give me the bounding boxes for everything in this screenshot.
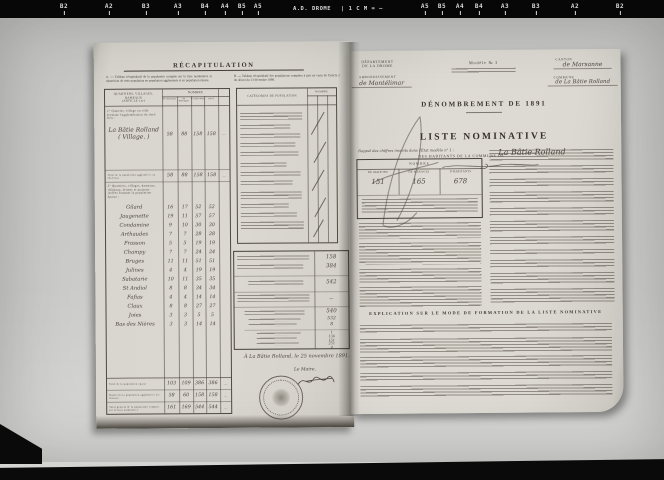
cell: 19 [205, 268, 219, 273]
ruler-mark: A3 [174, 3, 182, 15]
paragraph [490, 259, 614, 269]
ruler-mark: B3 [532, 3, 540, 15]
summary-label [248, 280, 303, 284]
cell: 109 [179, 381, 193, 386]
table-a-subcol: total [204, 98, 218, 101]
cell: 5 [163, 241, 178, 246]
place-date-line: À La Bâtie Rolland, le 25 novembre 1891. [242, 353, 352, 360]
cell: 27 [205, 304, 219, 309]
canton-value: de Marsanne [554, 61, 612, 70]
ruler-mark: B2 [616, 3, 624, 15]
cell: 28 [205, 232, 219, 237]
cell: 5 [193, 313, 206, 318]
frame-wedge [0, 424, 42, 464]
summary-label [249, 318, 301, 321]
summary-label [245, 310, 305, 314]
paragraph [491, 288, 615, 303]
summary-label [257, 342, 299, 345]
rappel-note: Rappel des chiffres inscrits dans l'État… [358, 148, 454, 153]
paragraph [490, 220, 614, 233]
paragraph [489, 149, 613, 162]
cell: 10 [163, 277, 178, 282]
hamlet-name: Jaugenette [106, 214, 163, 220]
counts-nombre-header: NOMBRE [357, 161, 481, 166]
recap-title: RÉCAPITULATION [124, 61, 304, 71]
cell: 88 [178, 173, 192, 178]
table-b-nombre-header: NOMBRE [307, 90, 336, 93]
category-row [240, 151, 298, 155]
table-a-subcol: d'individus [191, 98, 204, 101]
cell: 386 [193, 381, 206, 386]
summary-detail: 4 [317, 345, 347, 349]
paragraph [360, 384, 612, 398]
cell: 103 [164, 381, 179, 386]
cell: 35 [205, 277, 219, 282]
cell: 544 [206, 405, 220, 410]
cell: 14 [206, 322, 220, 327]
paragraph [490, 207, 614, 217]
denombrement-title: DÉNOMBREMENT DE 1891 [394, 99, 574, 109]
cell: 34 [192, 286, 205, 291]
paragraph [490, 191, 614, 204]
intro-paragraph-b: B. — Tableau récapitulatif des populatio… [234, 73, 340, 82]
cell: 17 [178, 205, 192, 210]
table-a: QUARTIERS, VILLAGES, HAMEAUX (ARTICLE 1e… [104, 88, 232, 415]
cell: 27 [192, 304, 205, 309]
summary-value: 542 [316, 279, 346, 285]
agg-total-label: Total de la population agglomérée au che… [106, 173, 163, 179]
summary-label [257, 332, 301, 335]
arrondissement-label: ARRONDISSEMENT [352, 75, 404, 79]
cell: — [220, 381, 231, 385]
table-a-subcol: de ménages [177, 98, 191, 104]
cell: 169 [179, 405, 193, 410]
summary-value: 532 [317, 316, 347, 321]
cell: 11 [178, 277, 192, 282]
cell: 8 [178, 304, 192, 309]
cell: 7 [178, 250, 192, 255]
cell: 34 [205, 286, 219, 291]
hamlet-name: Arthaudes [106, 232, 163, 238]
cell: 58 [163, 173, 178, 178]
cell: — [219, 173, 230, 177]
hamlet-name: St Andiol [106, 286, 163, 292]
cell: 30 [205, 223, 219, 228]
summary-value: 158 [316, 254, 346, 260]
cell: 11 [178, 259, 192, 264]
category-row [240, 142, 295, 146]
scale-label: | 1 C M = — [341, 6, 383, 12]
cell: — [220, 393, 231, 397]
hamlet-name: Bas des Nières [107, 322, 164, 328]
cell: 7 [163, 232, 178, 237]
cell: 4 [163, 268, 178, 273]
cell: 30 [192, 223, 205, 228]
ruler-mark: B2 [60, 3, 68, 15]
cell: 158 [204, 132, 218, 137]
cell: — [220, 405, 231, 409]
cell: 11 [178, 214, 192, 219]
table-a-subcol: de maisons [162, 98, 177, 101]
category-row [240, 133, 300, 137]
paragraph [489, 165, 613, 175]
modele-label: Modèle № 3 [444, 60, 524, 66]
cell: 19 [205, 241, 219, 246]
ruler-mark: A2 [105, 3, 113, 15]
hamlet-row: Bas des Nières331414 [107, 320, 231, 330]
cell: 544 [193, 405, 206, 410]
cell: 58 [164, 393, 179, 398]
village-name2: ( Village. ) [105, 134, 162, 141]
paragraph [360, 337, 612, 353]
cell: 8 [178, 286, 192, 291]
hamlet-name: Frasson [106, 241, 163, 247]
arrondissement-value: de Montélimar [352, 80, 412, 89]
cell: — [218, 132, 229, 136]
cell: 3 [179, 322, 193, 327]
category-row [241, 221, 304, 230]
table-a-nombre-header: NOMBRE [162, 90, 229, 94]
cell: 52 [205, 205, 219, 210]
cell: 3 [179, 313, 193, 318]
cell: 51 [192, 259, 205, 264]
paragraph [359, 268, 481, 283]
cell: 9 [163, 223, 178, 228]
cell: 57 [192, 214, 205, 219]
cell: 88 [177, 132, 191, 137]
commune-value: de La Bâtie Rolland [548, 79, 618, 87]
category-row [241, 181, 293, 185]
summary-value: 384 [316, 263, 346, 269]
cell: 19 [192, 241, 205, 246]
category-row [241, 171, 301, 175]
ruler-mark: B4 [201, 3, 209, 15]
mairie-stamp [259, 375, 303, 419]
total-label: Total de la population éparse [107, 382, 164, 385]
cell: 51 [205, 259, 219, 264]
ruler-mark: B3 [142, 3, 150, 15]
total-row: Report de la population agglomérée (ci-d… [107, 390, 231, 402]
cell: 58 [162, 132, 177, 137]
cell: 158 [192, 173, 205, 178]
ruler-mark: B4 [475, 3, 483, 15]
paragraph [490, 178, 614, 188]
cell: 7 [178, 232, 192, 237]
table-a-col-subheader: (ARTICLE 1er) [106, 99, 161, 103]
cell: 8 [163, 304, 178, 309]
paragraph [359, 222, 481, 239]
paragraph [490, 272, 614, 285]
page-bottom-edge [96, 414, 354, 429]
table-b: CATÉGORIES DE POPULATION NOMBRE [236, 87, 338, 244]
explication-title: EXPLICATION SUR LE MODE DE FORMATION DE … [366, 309, 606, 316]
cell: 60 [179, 393, 193, 398]
hamlet-name: Bruges [106, 259, 163, 265]
cell: 52 [192, 205, 205, 210]
cell: 4 [163, 295, 178, 300]
hamlet-name: Claux [106, 304, 163, 310]
summary-label [237, 264, 303, 268]
paragraph [360, 355, 612, 369]
cell: 16 [163, 205, 178, 210]
ruler-mark: A4 [456, 3, 464, 15]
left-page: RÉCAPITULATION A. — Tableau récapitulati… [94, 41, 355, 429]
ruler-mark: A2 [571, 3, 579, 15]
cell: 24 [192, 250, 205, 255]
ruler-mark: A3 [501, 3, 509, 15]
ruler-mark: B5 [238, 3, 246, 15]
intro-paragraph-a: A. — Tableau récapitulatif de la populat… [106, 74, 212, 83]
liste-nominative-title: LISTE NOMINATIVE [404, 131, 564, 142]
paragraph [490, 249, 614, 256]
counts-col: DE MÉNAGES [398, 170, 439, 174]
cell: 14 [205, 295, 219, 300]
agg-total-row: Total de la population agglomérée au che… [106, 170, 230, 182]
hamlet-name: Sabatarie [106, 277, 163, 283]
category-row [241, 191, 302, 198]
cell: 3 [164, 313, 179, 318]
modele-subtext [452, 68, 516, 74]
summary-label [257, 337, 297, 340]
cell: 5 [206, 313, 220, 318]
cell: 7 [163, 250, 178, 255]
summary-label [237, 255, 309, 260]
paragraph [359, 242, 481, 265]
summary-value: — [316, 295, 346, 300]
ruler-mark: A5 [421, 3, 429, 15]
summary-box: 158 384 542 — 540 532 8 1 136 151 251 4 [233, 250, 350, 350]
paragraph [490, 236, 614, 246]
cell: 158 [205, 173, 219, 178]
cell: 158 [193, 393, 206, 398]
ruler-mark: A5 [254, 3, 262, 15]
hamlet-name: Gilard [106, 205, 163, 211]
village-row: La Bâtie Rolland ( Village. ) 58 88 158 … [105, 123, 229, 146]
cell: 10 [178, 223, 192, 228]
cell: 158 [191, 132, 204, 137]
microfilm-scan: B2 A2 B3 A3 B4 A4 B5 A5 A.D. DROME | 1 C… [0, 0, 664, 480]
counts-box: NOMBRE DE MAISONS DE MÉNAGES D'HABITANTS… [356, 158, 483, 219]
hamlet-name: Julines [106, 268, 163, 274]
cell: 19 [163, 214, 178, 219]
hamlet-name: Champy [106, 250, 163, 256]
ruler-bar: B2 A2 B3 A3 B4 A4 B5 A5 A.D. DROME | 1 C… [0, 0, 664, 18]
cell: 14 [193, 322, 206, 327]
total-row: Total général de la population comptée s… [107, 402, 231, 414]
paragraph [359, 286, 481, 307]
cell: 3 [164, 322, 179, 327]
paragraph [360, 371, 612, 382]
counts-value-maisons: 151 [358, 178, 399, 186]
cell: 35 [192, 277, 205, 282]
table-b-header: CATÉGORIES DE POPULATION [238, 94, 306, 98]
archive-label: A.D. DROME [293, 6, 331, 12]
summary-label [249, 323, 297, 326]
cell: 158 [206, 393, 220, 398]
cell: 8 [163, 286, 178, 291]
cell: 11 [163, 259, 178, 264]
cell: 4 [178, 268, 192, 273]
counts-value-habitants: 678 [440, 177, 482, 185]
departement-value: DE LA DROME [356, 64, 400, 68]
category-row [240, 163, 286, 167]
counts-col: DE MAISONS [357, 171, 398, 175]
counts-value-menages: 165 [399, 177, 440, 185]
total-label: Total général de la population comptée s… [107, 405, 164, 411]
cell: 5 [178, 241, 192, 246]
summary-value: 8 [317, 322, 347, 327]
cell: 57 [205, 214, 219, 219]
cell: 14 [192, 295, 205, 300]
cell: 28 [192, 232, 205, 237]
hamlet-name: Fafias [106, 295, 163, 301]
category-row [240, 112, 302, 119]
cell: 19 [192, 268, 205, 273]
section2-label: 2° Quartiers, villages, hameaux, château… [108, 184, 161, 199]
category-row [241, 204, 289, 208]
summary-label [237, 294, 309, 302]
total-label: Report de la population agglomérée (ci-d… [107, 393, 164, 399]
ruler-mark: A4 [221, 3, 229, 15]
counts-box-note [362, 198, 478, 213]
hamlet-name: Condamine [106, 223, 163, 229]
cell: 386 [206, 381, 220, 386]
section1-label: 1° Quartier, village ou ville formant l'… [107, 109, 160, 120]
summary-value: 540 [317, 308, 347, 314]
frame-bottom-band [0, 458, 664, 480]
counts-col: D'HABITANTS [439, 170, 481, 174]
right-page: DÉPARTEMENT DE LA DROME ARRONDISSEMENT d… [347, 49, 623, 414]
cell: 4 [178, 295, 192, 300]
category-row [241, 212, 297, 216]
signature [296, 372, 336, 390]
cell: 24 [205, 250, 219, 255]
paragraph [360, 323, 612, 334]
ruler-mark: B5 [438, 3, 446, 15]
cell: 161 [164, 405, 179, 410]
total-row: Total de la population éparse 103 109 38… [107, 378, 231, 390]
hamlet-name: Joies [107, 313, 164, 319]
category-row [240, 125, 290, 129]
